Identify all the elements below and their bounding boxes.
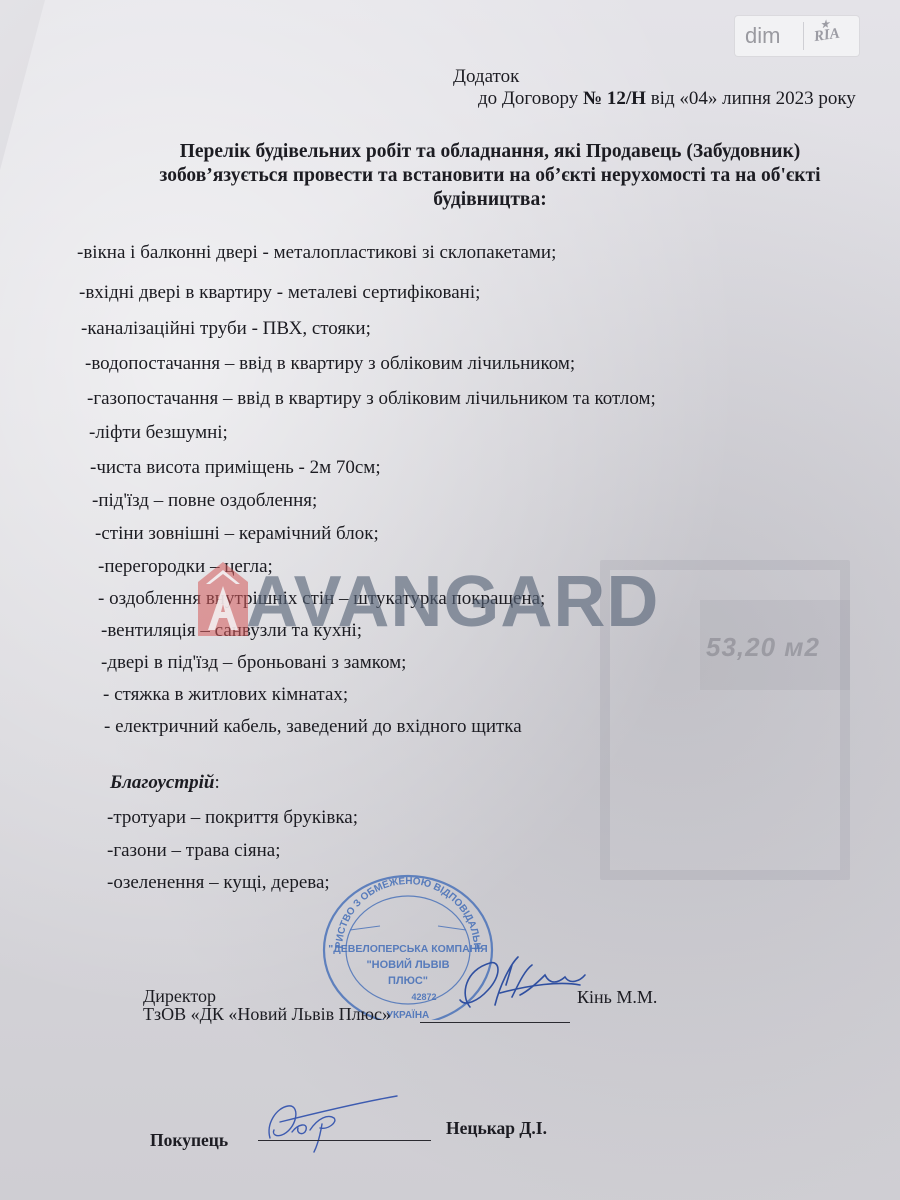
works-item: -під'їзд – повне оздоблення;: [92, 490, 317, 512]
works-item: - оздоблення внутрішніх стін – штукатурк…: [98, 588, 545, 610]
director-organization: ТзОВ «ДК «Новий Львів Плюс»: [143, 1004, 391, 1025]
works-item: -вентиляція – санвузли та кухні;: [101, 620, 362, 642]
landscaping-item: -тротуари – покриття бруківка;: [107, 807, 358, 829]
works-item: -двері в під'їзд – броньовані з замком;: [101, 652, 406, 674]
works-item: -стіни зовнішні – керамічний блок;: [95, 523, 379, 545]
document-title: Перелік будівельних робіт та обладнання,…: [140, 140, 840, 212]
site-badge[interactable]: dim ★RIA: [735, 16, 859, 56]
buyer-name: Нецькар Д.І.: [446, 1118, 547, 1139]
site-badge-ria: ★RIA: [803, 25, 841, 47]
landscaping-item: -газони – трава сіяна;: [107, 840, 281, 862]
area-label: 53,20 м2: [706, 632, 820, 663]
director-name: Кінь М.М.: [577, 987, 657, 1008]
svg-text:42872: 42872: [411, 992, 436, 1002]
svg-text:"НОВИЙ ЛЬВІВ: "НОВИЙ ЛЬВІВ: [366, 958, 449, 971]
buyer-label: Покупець: [150, 1130, 228, 1151]
director-signature-line: [420, 1022, 570, 1023]
works-item: -газопостачання – ввід в квартиру з облі…: [87, 388, 656, 410]
buyer-signature-line: [258, 1140, 431, 1141]
contract-reference: до Договору № 12/Н від «04» липня 2023 р…: [478, 88, 856, 110]
works-item: -вікна і балконні двері - металопластико…: [77, 242, 556, 264]
works-item: - стяжка в житлових кімнатах;: [103, 684, 348, 706]
works-item: -каналізаційні труби - ПВХ, стояки;: [81, 318, 371, 340]
contract-number: № 12/Н: [583, 88, 646, 109]
svg-text:ТОВАРИСТВО З ОБМЕЖЕНОЮ ВІДПОВІ: ТОВАРИСТВО З ОБМЕЖЕНОЮ ВІДПОВІДАЛЬНІСТЮ: [320, 872, 482, 950]
director-signature: [440, 945, 590, 1020]
works-item: -чиста висота приміщень - 2м 70см;: [90, 457, 381, 479]
star-icon: ★: [820, 18, 830, 30]
site-badge-dim: dim: [735, 22, 804, 50]
appendix-label: Додаток: [453, 66, 519, 88]
landscaping-heading: Благоустрій:: [110, 772, 220, 794]
works-item: - електричний кабель, заведений до вхідн…: [104, 716, 522, 738]
svg-text:ПЛЮС": ПЛЮС": [388, 975, 428, 987]
landscaping-item: -озеленення – кущі, дерева;: [107, 872, 330, 894]
works-item: -водопостачання – ввід в квартиру з облі…: [85, 353, 575, 375]
works-item: -ліфти безшумні;: [89, 422, 228, 444]
works-item: -перегородки – цегла;: [98, 556, 273, 578]
svg-text:УКРАЇНА: УКРАЇНА: [387, 1008, 430, 1020]
buyer-signature: [262, 1094, 402, 1156]
works-item: -вхідні двері в квартиру - металеві серт…: [79, 282, 480, 304]
